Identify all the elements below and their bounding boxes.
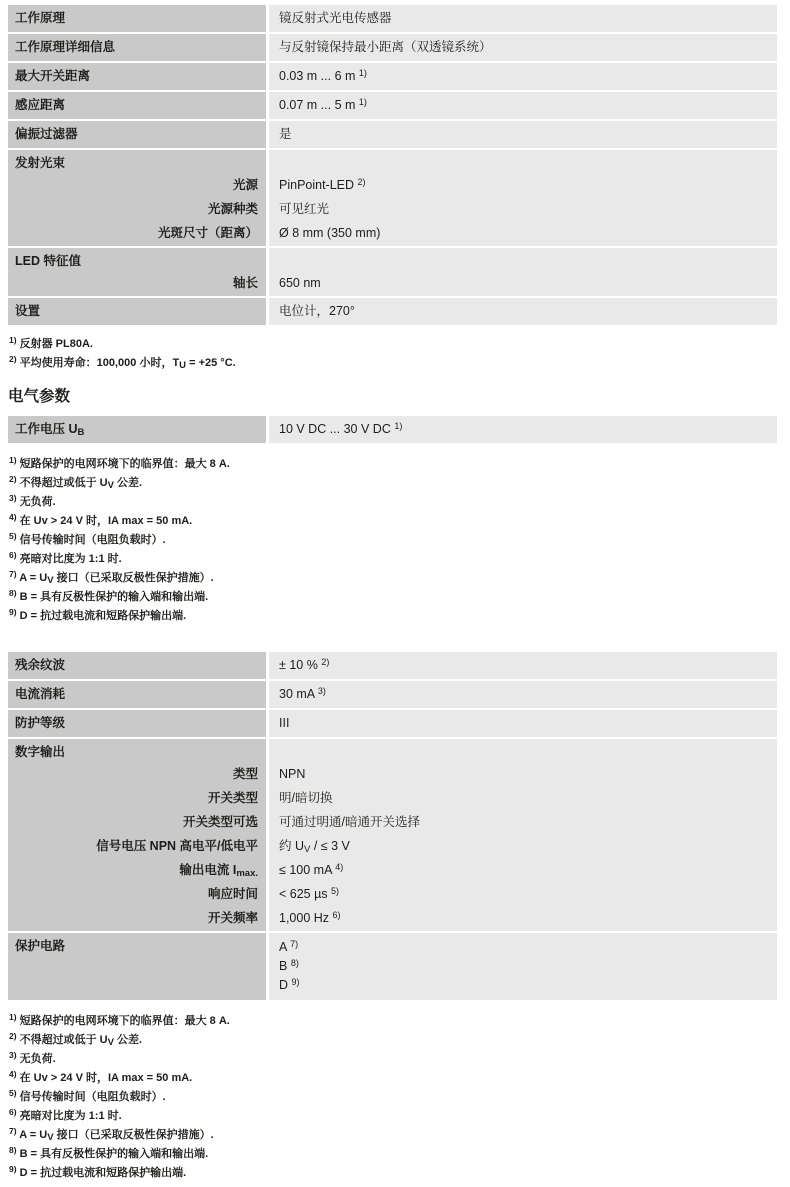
footnote: 9) D = 抗过载电流和短路保护输出端.	[9, 607, 777, 626]
spec-row: 工作原理镜反射式光电传感器	[8, 5, 777, 34]
row-label: 数字输出	[8, 739, 266, 763]
row-value: A 7)B 8)D 9)	[269, 933, 777, 1000]
footnote-text: D = 抗过载电流和短路保护输出端.	[20, 1167, 187, 1179]
footnote-text: 信号传输时间（电阻负载时）.	[20, 1091, 166, 1103]
row-label: 工作原理	[8, 5, 266, 32]
spec-group-row: 发射光束光源PinPoint-LED 2)光源种类可见红光光斑尺寸（距离）Ø 8…	[8, 150, 777, 248]
footnote: 3) 无负荷.	[9, 1050, 777, 1069]
row-label: 防护等级	[8, 710, 266, 737]
spec-group-row: LED 特征值轴长650 nm	[8, 248, 777, 298]
footnote-text: 无负荷.	[20, 1053, 56, 1065]
row-value: 10 V DC ... 30 V DC 1)	[269, 416, 777, 443]
spec-row: 感应距离0.07 m ... 5 m 1)	[8, 92, 777, 121]
footnote-text: 信号传输时间（电阻负载时）.	[20, 534, 166, 546]
spec-line: 保护电路A 7)B 8)D 9)	[8, 933, 777, 1000]
footnote-text: 在 Uv > 24 V 时，IA max = 50 mA.	[20, 1072, 193, 1084]
row-value-empty	[269, 739, 777, 763]
footnote: 6) 亮暗对比度为 1:1 时.	[9, 1107, 777, 1126]
footnote-marker: 6)	[9, 1107, 17, 1117]
footnote-text: 短路保护的电网环境下的临界值：最大 8 A.	[20, 458, 230, 470]
row-value: 镜反射式光电传感器	[269, 5, 777, 32]
footnote-marker: 7)	[9, 569, 17, 579]
footnote: 4) 在 Uv > 24 V 时，IA max = 50 mA.	[9, 512, 777, 531]
row-label: 残余纹波	[8, 652, 266, 679]
group-header-line: LED 特征值	[8, 248, 777, 272]
spec-line: 最大开关距离0.03 m ... 6 m 1)	[8, 63, 777, 90]
spec-subrow: 光源种类可见红光	[8, 198, 777, 222]
subrow-value: 650 nm	[269, 272, 777, 296]
subrow-value: 可通过明通/暗通开关选择	[269, 811, 777, 835]
footnote: 2) 不得超过或低于 UV 公差.	[9, 1031, 777, 1050]
footnote-marker: 4)	[9, 512, 17, 522]
electrical-footnotes: 1) 短路保护的电网环境下的临界值：最大 8 A.2) 不得超过或低于 UV 公…	[9, 455, 777, 626]
subrow-value: NPN	[269, 763, 777, 787]
footnote-marker: 9)	[9, 1164, 17, 1174]
footnote-marker: 3)	[9, 1050, 17, 1060]
footnote: 2) 不得超过或低于 UV 公差.	[9, 474, 777, 493]
spec-subrow: 轴长650 nm	[8, 272, 777, 296]
spec-subrow: 输出电流 Imax.≤ 100 mA 4)	[8, 859, 777, 883]
subrow-label: 开关类型	[8, 787, 266, 811]
spec-row: 防护等级III	[8, 710, 777, 739]
row-value: 是	[269, 121, 777, 148]
footnote-marker: 3)	[9, 493, 17, 503]
row-value: 与反射镜保持最小距离（双透镜系统）	[269, 34, 777, 61]
footnote: 1) 短路保护的电网环境下的临界值：最大 8 A.	[9, 455, 777, 474]
spec-line: 残余纹波± 10 % 2)	[8, 652, 777, 679]
spec-subrow: 开关频率1,000 Hz 6)	[8, 907, 777, 931]
spec-row: 工作原理详细信息与反射镜保持最小距离（双透镜系统）	[8, 34, 777, 63]
subrow-value: ≤ 100 mA 4)	[269, 859, 777, 883]
footnote-marker: 1)	[9, 455, 17, 465]
footnote: 8) B = 具有反极性保护的输入端和输出端.	[9, 1145, 777, 1164]
spec-group-row: 数字输出类型NPN开关类型明/暗切换开关类型可选可通过明通/暗通开关选择信号电压…	[8, 739, 777, 933]
footnote-marker: 8)	[9, 588, 17, 598]
row-label: 感应距离	[8, 92, 266, 119]
footnote-marker: 4)	[9, 1069, 17, 1079]
group-header-line: 数字输出	[8, 739, 777, 763]
footnote-marker: 2)	[9, 474, 17, 484]
footnote-marker: 8)	[9, 1145, 17, 1155]
row-value-line: B 8)	[279, 957, 767, 976]
row-value: 30 mA 3)	[269, 681, 777, 708]
subrow-value: 约 UV / ≤ 3 V	[269, 835, 777, 859]
row-label: LED 特征值	[8, 248, 266, 272]
row-label: 最大开关距离	[8, 63, 266, 90]
spec-line: 电流消耗30 mA 3)	[8, 681, 777, 708]
spec-row: 最大开关距离0.03 m ... 6 m 1)	[8, 63, 777, 92]
spec-row: 残余纹波± 10 % 2)	[8, 652, 777, 681]
spec-line: 感应距离0.07 m ... 5 m 1)	[8, 92, 777, 119]
row-label: 发射光束	[8, 150, 266, 174]
row-label: 工作原理详细信息	[8, 34, 266, 61]
spec-line: 工作电压 UB10 V DC ... 30 V DC 1)	[8, 416, 777, 443]
row-value: ± 10 % 2)	[269, 652, 777, 679]
datasheet-page: 工作原理镜反射式光电传感器工作原理详细信息与反射镜保持最小距离（双透镜系统）最大…	[0, 0, 790, 1187]
row-value-empty	[269, 248, 777, 272]
footnote-text: 亮暗对比度为 1:1 时.	[20, 553, 122, 565]
footnote: 7) A = UV 接口（已采取反极性保护措施）.	[9, 569, 777, 588]
footnote-marker: 2)	[9, 354, 17, 364]
subrow-label: 轴长	[8, 272, 266, 296]
spec-subrow: 光源PinPoint-LED 2)	[8, 174, 777, 198]
spec-row: 设置电位计，270°	[8, 298, 777, 327]
spec-subrow: 信号电压 NPN 高电平/低电平约 UV / ≤ 3 V	[8, 835, 777, 859]
subrow-label: 响应时间	[8, 883, 266, 907]
footnote: 2) 平均使用寿命：100,000 小时，TU = +25 °C.	[9, 354, 777, 373]
footnote-marker: 7)	[9, 1126, 17, 1136]
footnote-text: B = 具有反极性保护的输入端和输出端.	[20, 1148, 209, 1160]
spec-subrow: 响应时间< 625 µs 5)	[8, 883, 777, 907]
footnote: 5) 信号传输时间（电阻负载时）.	[9, 531, 777, 550]
row-value: 电位计，270°	[269, 298, 777, 325]
footnote-text: 反射器 PL80A.	[20, 338, 93, 350]
subrow-value: 可见红光	[269, 198, 777, 222]
footnote-text: A = UV 接口（已采取反极性保护措施）.	[19, 572, 213, 584]
footnote-marker: 5)	[9, 1088, 17, 1098]
footnote: 3) 无负荷.	[9, 493, 777, 512]
general-spec-table: 工作原理镜反射式光电传感器工作原理详细信息与反射镜保持最小距离（双透镜系统）最大…	[8, 5, 777, 327]
footnote: 1) 反射器 PL80A.	[9, 335, 777, 354]
footnote: 8) B = 具有反极性保护的输入端和输出端.	[9, 588, 777, 607]
subrow-label: 光源种类	[8, 198, 266, 222]
footnote-text: 无负荷.	[20, 496, 56, 508]
subrow-value: 明/暗切换	[269, 787, 777, 811]
subrow-label: 开关频率	[8, 907, 266, 931]
subrow-value: 1,000 Hz 6)	[269, 907, 777, 931]
row-value: III	[269, 710, 777, 737]
row-label: 设置	[8, 298, 266, 325]
spec-row: 工作电压 UB10 V DC ... 30 V DC 1)	[8, 416, 777, 445]
spec-row: 电流消耗30 mA 3)	[8, 681, 777, 710]
spec-line: 偏振过滤器是	[8, 121, 777, 148]
row-value-line: D 9)	[279, 976, 767, 995]
footnote-text: 短路保护的电网环境下的临界值：最大 8 A.	[20, 1015, 230, 1027]
footnote: 7) A = UV 接口（已采取反极性保护措施）.	[9, 1126, 777, 1145]
subrow-label: 光斑尺寸（距离）	[8, 222, 266, 246]
footnote-marker: 2)	[9, 1031, 17, 1041]
row-value: 0.03 m ... 6 m 1)	[269, 63, 777, 90]
spec-row: 偏振过滤器是	[8, 121, 777, 150]
footnote: 9) D = 抗过载电流和短路保护输出端.	[9, 1164, 777, 1183]
row-value-line: A 7)	[279, 938, 767, 957]
subrow-value: PinPoint-LED 2)	[269, 174, 777, 198]
footnote-text: B = 具有反极性保护的输入端和输出端.	[20, 591, 209, 603]
output-footnotes: 1) 短路保护的电网环境下的临界值：最大 8 A.2) 不得超过或低于 UV 公…	[9, 1012, 777, 1183]
footnote-text: 不得超过或低于 UV 公差.	[20, 1034, 142, 1046]
footnote-text: 不得超过或低于 UV 公差.	[20, 477, 142, 489]
footnote-text: D = 抗过载电流和短路保护输出端.	[20, 610, 187, 622]
footnote-text: 亮暗对比度为 1:1 时.	[20, 1110, 122, 1122]
footnote: 4) 在 Uv > 24 V 时，IA max = 50 mA.	[9, 1069, 777, 1088]
footnote-marker: 6)	[9, 550, 17, 560]
row-label: 工作电压 UB	[8, 416, 266, 443]
spec-subrow: 开关类型明/暗切换	[8, 787, 777, 811]
footnote-text: 在 Uv > 24 V 时，IA max = 50 mA.	[20, 515, 193, 527]
spec-row: 保护电路A 7)B 8)D 9)	[8, 933, 777, 1002]
general-footnotes: 1) 反射器 PL80A.2) 平均使用寿命：100,000 小时，TU = +…	[9, 335, 777, 373]
footnote-marker: 5)	[9, 531, 17, 541]
spec-subrow: 光斑尺寸（距离）Ø 8 mm (350 mm)	[8, 222, 777, 246]
subrow-label: 开关类型可选	[8, 811, 266, 835]
subrow-label: 类型	[8, 763, 266, 787]
footnote-marker: 1)	[9, 335, 17, 345]
footnote-marker: 1)	[9, 1012, 17, 1022]
spec-subrow: 类型NPN	[8, 763, 777, 787]
subrow-label: 信号电压 NPN 高电平/低电平	[8, 835, 266, 859]
footnote: 1) 短路保护的电网环境下的临界值：最大 8 A.	[9, 1012, 777, 1031]
spec-line: 防护等级III	[8, 710, 777, 737]
group-header-line: 发射光束	[8, 150, 777, 174]
footnote: 6) 亮暗对比度为 1:1 时.	[9, 550, 777, 569]
row-value-empty	[269, 150, 777, 174]
spec-line: 工作原理镜反射式光电传感器	[8, 5, 777, 32]
subrow-label: 输出电流 Imax.	[8, 859, 266, 883]
subrow-value: Ø 8 mm (350 mm)	[269, 222, 777, 246]
spec-line: 设置电位计，270°	[8, 298, 777, 325]
subrow-value: < 625 µs 5)	[269, 883, 777, 907]
footnote-marker: 9)	[9, 607, 17, 617]
spec-line: 工作原理详细信息与反射镜保持最小距离（双透镜系统）	[8, 34, 777, 61]
footnote-text: 平均使用寿命：100,000 小时，TU = +25 °C.	[20, 357, 236, 369]
footnote: 5) 信号传输时间（电阻负载时）.	[9, 1088, 777, 1107]
footnote-text: A = UV 接口（已采取反极性保护措施）.	[19, 1129, 213, 1141]
row-label: 偏振过滤器	[8, 121, 266, 148]
subrow-label: 光源	[8, 174, 266, 198]
row-value: 0.07 m ... 5 m 1)	[269, 92, 777, 119]
row-label: 保护电路	[8, 933, 266, 1000]
spec-subrow: 开关类型可选可通过明通/暗通开关选择	[8, 811, 777, 835]
row-label: 电流消耗	[8, 681, 266, 708]
electrical-spec-table: 工作电压 UB10 V DC ... 30 V DC 1)	[8, 416, 777, 445]
output-spec-table: 残余纹波± 10 % 2)电流消耗30 mA 3)防护等级III数字输出类型NP…	[8, 652, 777, 1002]
section-heading-electrical: 电气参数	[8, 387, 777, 407]
